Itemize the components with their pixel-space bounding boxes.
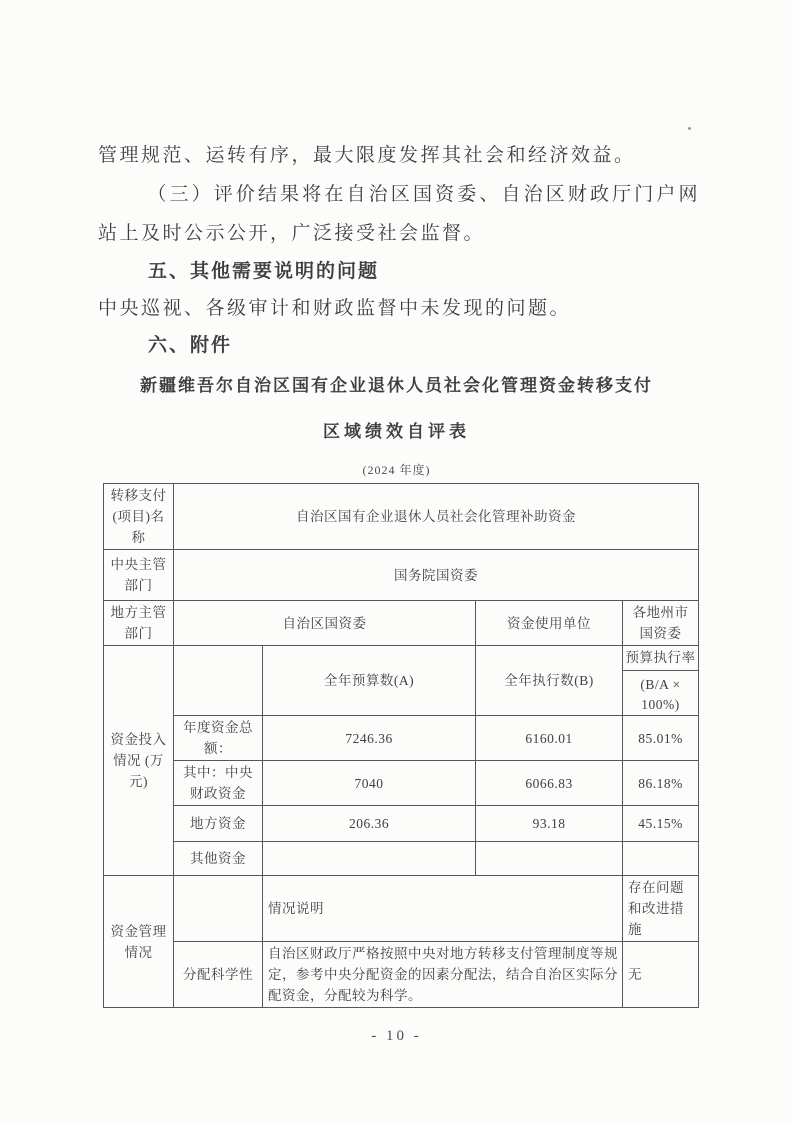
central-dept-value: 国务院国资委 (174, 550, 699, 601)
other-funds-executed (476, 842, 623, 876)
attachment-year: (2024 年度) (0, 461, 793, 478)
total-funds-executed: 6160.01 (476, 716, 623, 761)
allocation-science-desc: 自治区财政厅严格按照中央对地方转移支付管理制度等规定，参考中央分配资金的因素分配… (263, 942, 623, 1008)
funding-header-rate: 预算执行率 (B/A × 100%) (623, 646, 699, 716)
total-funds-rate: 85.01% (623, 716, 699, 761)
central-funds-budget: 7040 (263, 761, 476, 806)
management-desc-header: 情况说明 (263, 876, 623, 942)
row-allocation-science: 分配科学性 自治区财政厅严格按照中央对地方转移支付管理制度等规定，参考中央分配资… (104, 942, 699, 1008)
management-issues-header: 存在问题和改进措施 (623, 876, 699, 942)
central-funds-rate: 86.18% (623, 761, 699, 806)
other-funds-name: 其他资金 (174, 842, 263, 876)
rate-formula: (B/A × 100%) (623, 671, 698, 715)
other-funds-budget (263, 842, 476, 876)
funding-header-executed: 全年执行数(B) (476, 646, 623, 716)
row-total-funds: 年度资金总额： 7246.36 6160.01 85.01% (104, 716, 699, 761)
rate-title: 预算执行率 (623, 646, 698, 671)
attachment-title-line1: 新疆维吾尔自治区国有企业退休人员社会化管理资金转移支付 (0, 371, 793, 396)
row-management-header: 资金管理情况 情况说明 存在问题和改进措施 (104, 876, 699, 942)
row-other-funds: 其他资金 (104, 842, 699, 876)
paragraph-conclusion: 管理规范、运转有序，最大限度发挥其社会和经济效益。 (98, 136, 700, 175)
local-funds-rate: 45.15% (623, 806, 699, 842)
transfer-name-label: 转移支付(项目)名称 (104, 484, 174, 550)
scan-artifact-dot (688, 127, 691, 130)
row-central-dept: 中央主管部门 国务院国资委 (104, 550, 699, 601)
allocation-science-issues: 无 (623, 942, 699, 1008)
local-dept-label: 地方主管部门 (104, 601, 174, 646)
local-dept-city-unit: 各地州市国资委 (623, 601, 699, 646)
row-local-funds: 地方资金 206.36 93.18 45.15% (104, 806, 699, 842)
local-dept-region-unit: 自治区国资委 (174, 601, 476, 646)
total-funds-name: 年度资金总额： (174, 716, 263, 761)
document-page: 管理规范、运转有序，最大限度发挥其社会和经济效益。 （三）评价结果将在自治区国资… (0, 0, 793, 1122)
paragraph-inspection: 中央巡视、各级审计和财政监督中未发现的问题。 (98, 290, 700, 327)
page-number: - 10 - (0, 1028, 793, 1045)
allocation-science-name: 分配科学性 (174, 942, 263, 1008)
other-funds-rate (623, 842, 699, 876)
paragraph-publicity: （三）评价结果将在自治区国资委、自治区财政厅门户网站上及时公示公开，广泛接受社会… (98, 175, 700, 253)
funding-header-budget: 全年预算数(A) (263, 646, 476, 716)
heading-section-5: 五、其他需要说明的问题 (148, 253, 700, 290)
local-funds-executed: 93.18 (476, 806, 623, 842)
row-central-funds: 其中：中央财政资金 7040 6066.83 86.18% (104, 761, 699, 806)
body-text: 管理规范、运转有序，最大限度发挥其社会和经济效益。 （三）评价结果将在自治区国资… (98, 136, 700, 364)
heading-section-6: 六、附件 (148, 327, 700, 364)
empty-cell (174, 876, 263, 942)
transfer-name-value: 自治区国有企业退休人员社会化管理补助资金 (174, 484, 699, 550)
total-funds-budget: 7246.36 (263, 716, 476, 761)
empty-cell (174, 646, 263, 716)
central-funds-name: 其中：中央财政资金 (174, 761, 263, 806)
management-label: 资金管理情况 (104, 876, 174, 1008)
row-transfer-name: 转移支付(项目)名称 自治区国有企业退休人员社会化管理补助资金 (104, 484, 699, 550)
row-local-dept: 地方主管部门 自治区国资委 资金使用单位 各地州市国资委 (104, 601, 699, 646)
local-funds-name: 地方资金 (174, 806, 263, 842)
local-funds-budget: 206.36 (263, 806, 476, 842)
central-funds-executed: 6066.83 (476, 761, 623, 806)
self-evaluation-table: 转移支付(项目)名称 自治区国有企业退休人员社会化管理补助资金 中央主管部门 国… (103, 483, 699, 1008)
attachment-title-line2: 区域绩效自评表 (0, 417, 793, 442)
local-dept-use-unit: 资金使用单位 (476, 601, 623, 646)
central-dept-label: 中央主管部门 (104, 550, 174, 601)
funding-label: 资金投入情况 (万元) (104, 646, 174, 876)
row-funding-header: 资金投入情况 (万元) 全年预算数(A) 全年执行数(B) 预算执行率 (B/A… (104, 646, 699, 716)
